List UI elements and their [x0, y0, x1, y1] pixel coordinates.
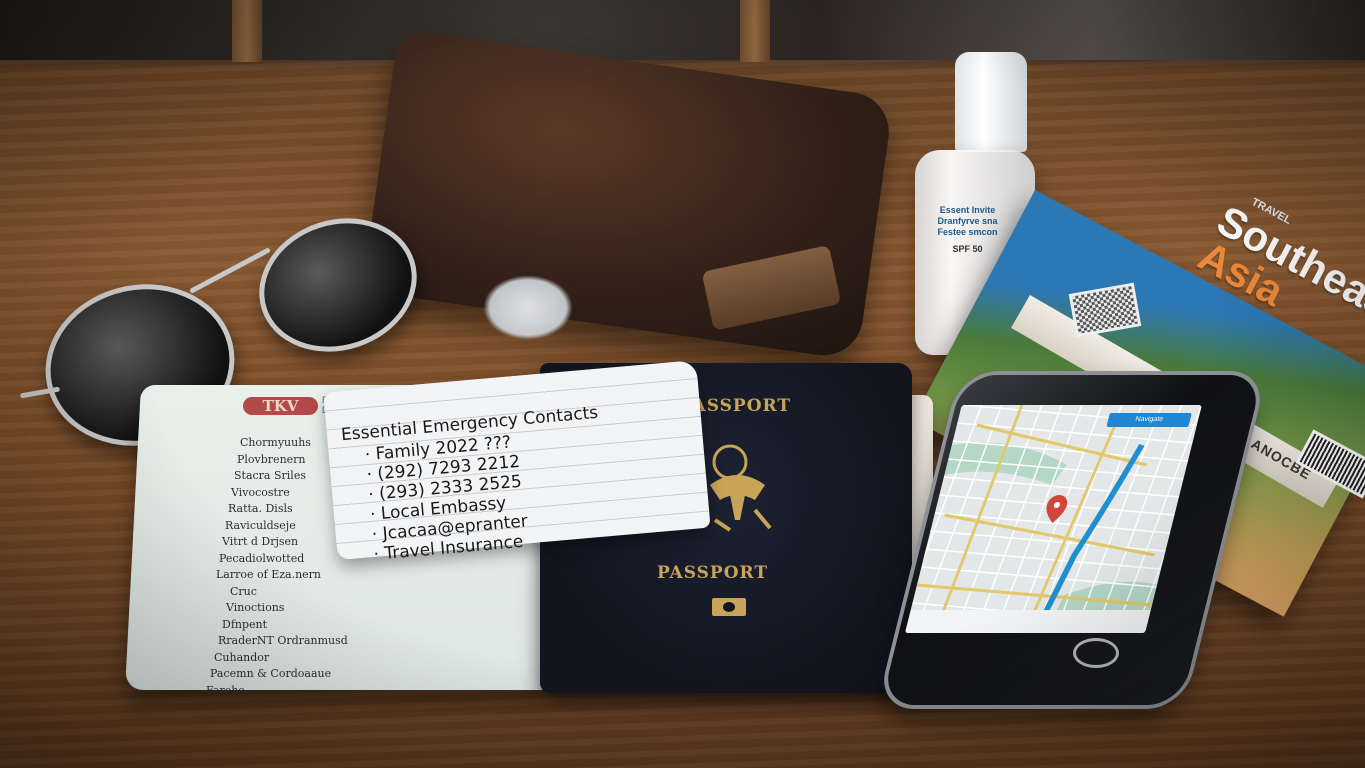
passport-data-line: RraderNT Ordranmusd — [218, 633, 465, 650]
passport-data-line: Vinoctions — [226, 600, 465, 617]
passport-data-line: Farehe — [206, 683, 465, 700]
passport-data-line: Dfnpent — [222, 617, 465, 634]
passport-page-badge: TKV — [243, 397, 318, 415]
chair-leg — [740, 0, 770, 62]
phone-home-button[interactable] — [1073, 638, 1119, 668]
earplugs — [483, 275, 573, 340]
bottle-label-line: Festee smcon — [925, 227, 1010, 238]
passport-cover-title-bottom: PASSPORT — [657, 563, 768, 583]
leather-wallet — [362, 28, 894, 360]
wallet-edge — [702, 245, 842, 331]
map-navigate-button[interactable]: Navigate — [1106, 413, 1191, 427]
emergency-contacts-note: Essential Emergency Contacts Family 2022… — [323, 360, 710, 560]
bottle-label-line: SPF 50 — [925, 244, 1010, 255]
travel-scene: Essent Invite Dranfyrve sna Festee smcon… — [0, 0, 1365, 768]
eagle-emblem-icon — [700, 440, 775, 535]
note-text: Essential Emergency Contacts Family 2022… — [340, 403, 609, 567]
passport-data-line: Larroe of Eza.nern — [216, 567, 465, 584]
passport-data-line: Cruc — [230, 584, 465, 601]
bottle-label-line: Essent Invite — [925, 205, 1010, 216]
bottle-label-line: Dranfyrve sna — [925, 216, 1010, 227]
chair-leg — [232, 0, 262, 62]
passport-data-line: Pacemn & Cordoaaue — [210, 666, 465, 683]
biometric-chip-icon — [712, 598, 746, 616]
spray-nozzle — [955, 52, 1027, 152]
passport-data-line: Cuhandor — [214, 650, 465, 667]
background-wall — [0, 0, 1365, 60]
